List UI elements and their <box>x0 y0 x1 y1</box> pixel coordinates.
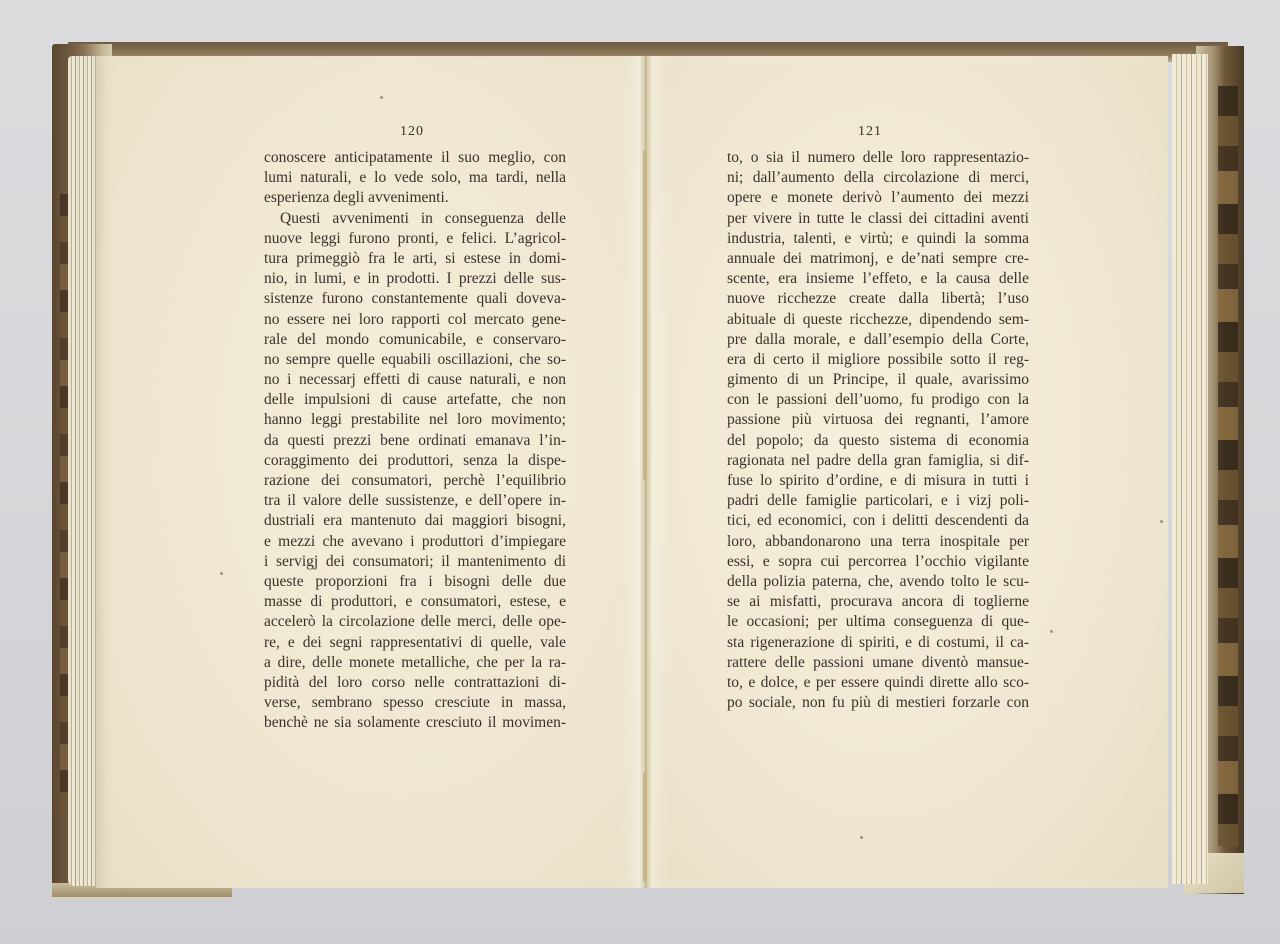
right-page-stack <box>1172 54 1208 884</box>
text-line: abituale di queste ricchezze, dipendendo… <box>727 310 1029 330</box>
text-line: tici, ed economici, con i delitti descen… <box>727 511 1029 531</box>
text-line: nuove ricchezze create dalla libertà; l’… <box>727 289 1029 309</box>
text-line: padri delle famiglie particolari, e i vi… <box>727 491 1029 511</box>
text-line: conoscere anticipatamente il suo meglio,… <box>264 148 566 168</box>
text-line: della polizia paterna, che, avendo tolto… <box>727 572 1029 592</box>
text-line: pre dalla morale, e dall’esempio della C… <box>727 330 1029 350</box>
text-line: i servigj dei consumatori; il mantenimen… <box>264 552 566 572</box>
text-line: passione più virtuosa dei regnanti, l’am… <box>727 410 1029 430</box>
text-line: tra il valore delle sussistenze, e dell’… <box>264 491 566 511</box>
text-line: con le passioni dell’uomo, fu prodigo co… <box>727 390 1029 410</box>
text-line: dustriali era mantenuto dai maggiori bis… <box>264 511 566 531</box>
text-line: a dire, delle monete metalliche, che per… <box>264 653 566 673</box>
text-line: verse, sembrano spesso cresciute in mass… <box>264 693 566 713</box>
text-line: queste proporzioni fra i bisogni delle d… <box>264 572 566 592</box>
text-line: le occasioni; per ultima conseguenza di … <box>727 612 1029 632</box>
text-line: esperienza degli avvenimenti. <box>264 188 566 208</box>
text-line: accelerò la circolazione delle merci, de… <box>264 612 566 632</box>
text-line: loro, abbandonarono una terra inospitale… <box>727 532 1029 552</box>
text-line: sta rigenerazione di spiriti, e di costu… <box>727 633 1029 653</box>
text-line: benchè ne sia solamente cresciuto il mov… <box>264 713 566 733</box>
text-line: hanno leggi prestabilite nel loro movime… <box>264 410 566 430</box>
text-line: ni; dall’aumento della circolazione di m… <box>727 168 1029 188</box>
binding-thread <box>643 150 647 480</box>
text-line: no sempre quelle equabili oscillazioni, … <box>264 350 566 370</box>
text-line: e mezzi che avevano i produttori d’impie… <box>264 532 566 552</box>
paper-speck <box>1160 520 1163 523</box>
text-line: delle impulsioni di cause artefatte, che… <box>264 390 566 410</box>
paper-speck <box>380 96 383 99</box>
text-line: era di certo il migliore possibile sotto… <box>727 350 1029 370</box>
open-book <box>48 42 1248 897</box>
text-line: nio, in lumi, e in prodotti. I prezzi de… <box>264 269 566 289</box>
text-line: fuse lo spirito d’ordine, e di misura in… <box>727 471 1029 491</box>
text-line: razione dei consumatori, perchè l’equili… <box>264 471 566 491</box>
binding-thread <box>643 772 647 882</box>
paper-speck <box>1050 630 1053 633</box>
text-line: del popolo; da questo sistema di economi… <box>727 431 1029 451</box>
paper-speck <box>860 836 863 839</box>
text-line: rale del mondo comunicabile, e conservar… <box>264 330 566 350</box>
text-line: da questi prezzi bene ordinati emanava l… <box>264 431 566 451</box>
page-number-left: 120 <box>400 124 424 140</box>
text-line: essi, e sopra cui percorrea l’occhio vig… <box>727 552 1029 572</box>
text-line: no essere nei loro rapporti col mercato … <box>264 310 566 330</box>
text-line: per vivere in tutte le classi dei cittad… <box>727 209 1029 229</box>
text-line: annuale dei matrimonj, e de’nati sempre … <box>727 249 1029 269</box>
text-line: to, e dolce, e per essere quindi dirette… <box>727 673 1029 693</box>
text-line: se ai misfatti, procurava ancora di togl… <box>727 592 1029 612</box>
text-line: po sociale, non fu più di mestieri forza… <box>727 693 1029 713</box>
text-line: coraggimento dei produttori, senza la di… <box>264 451 566 471</box>
text-line: Questi avvenimenti in conseguenza delle <box>264 209 566 229</box>
left-page-text: conoscere anticipatamente il suo meglio,… <box>264 148 566 733</box>
text-line: sistenze furono constantemente quali dov… <box>264 289 566 309</box>
page-number-right: 121 <box>858 124 882 140</box>
text-line: no i necessarj effetti di cause naturali… <box>264 370 566 390</box>
text-line: re, e dei segni rappresentativi di quell… <box>264 633 566 653</box>
text-line: to, o sia il numero delle loro rappresen… <box>727 148 1029 168</box>
text-line: ragionata nel padre della gran famiglia,… <box>727 451 1029 471</box>
text-line: rattere delle passioni umane diventò man… <box>727 653 1029 673</box>
text-line: industria, talenti, e virtù; e quindi la… <box>727 229 1029 249</box>
text-line: pidità del loro corso nelle contrattazio… <box>264 673 566 693</box>
right-page-text: to, o sia il numero delle loro rappresen… <box>727 148 1029 713</box>
text-line: scente, era insieme l’effeto, e la causa… <box>727 269 1029 289</box>
text-line: tura primeggiò fra le arti, si estese in… <box>264 249 566 269</box>
paper-speck <box>220 572 223 575</box>
text-line: gimento di un Principe, il quale, avaris… <box>727 370 1029 390</box>
text-line: nuove leggi furono pronti, e felici. L’a… <box>264 229 566 249</box>
text-line: opere e monete derivò l’aumento dei mezz… <box>727 188 1029 208</box>
text-line: masse di produttori, e consumatori, este… <box>264 592 566 612</box>
text-line: lumi naturali, e lo vede solo, ma tardi,… <box>264 168 566 188</box>
